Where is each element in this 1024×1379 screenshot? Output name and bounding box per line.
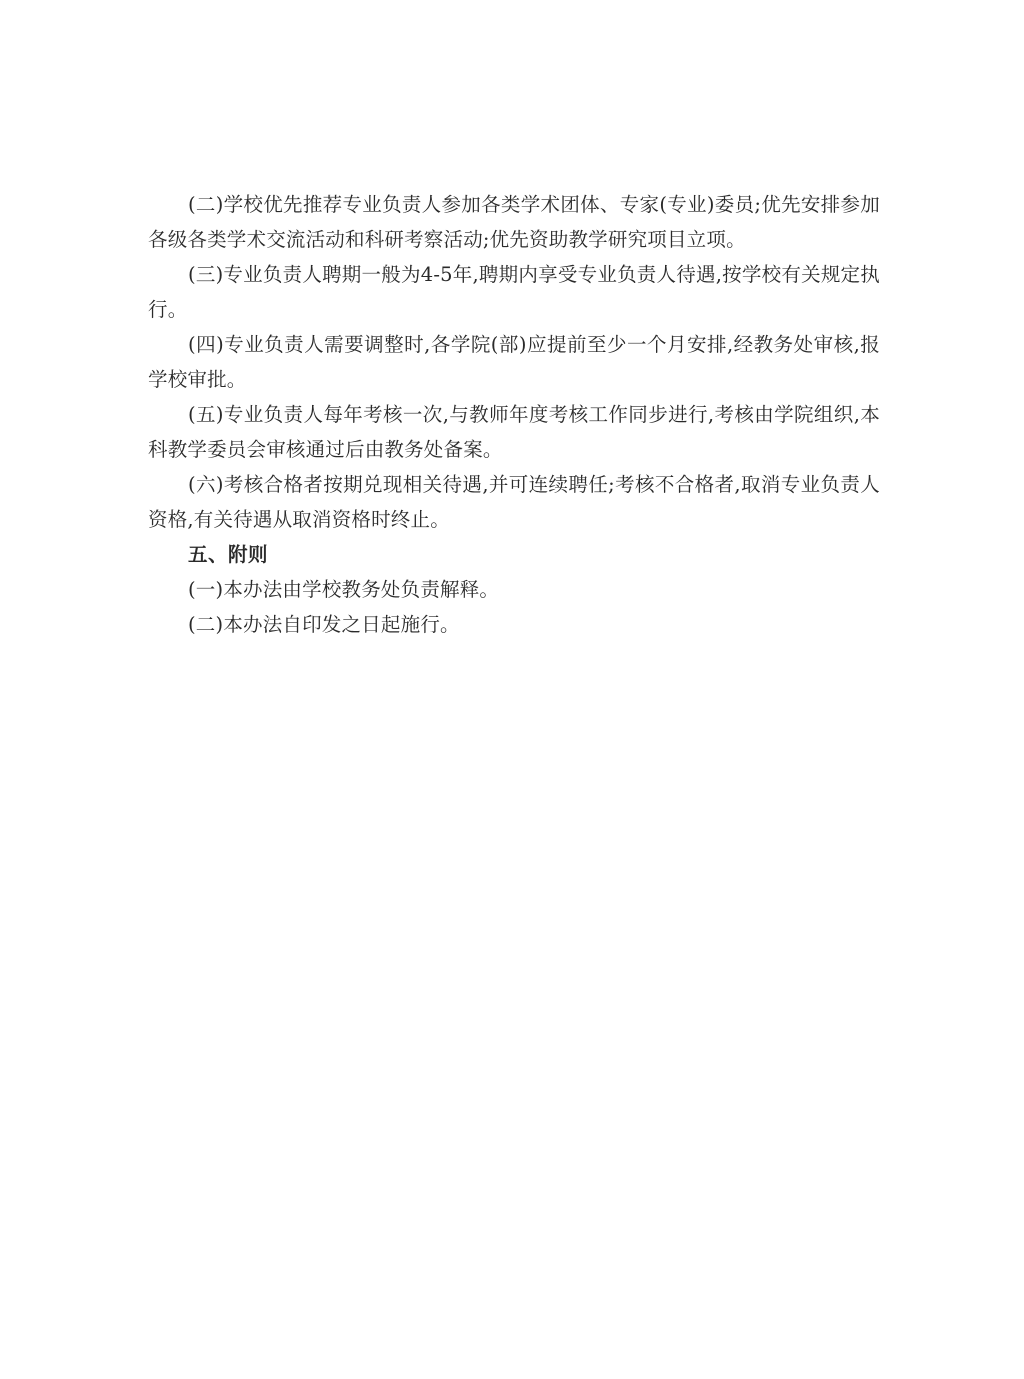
section-heading-supplementary: 五、附则 [148,537,880,572]
paragraph-benefits-recommendation: (二)学校优先推荐专业负责人参加各类学术团体、专家(专业)委员;优先安排参加各级… [148,187,880,257]
paragraph-appointment-term: (三)专业负责人聘期一般为4-5年,聘期内享受专业负责人待遇,按学校有关规定执行… [148,257,880,327]
paragraph-assessment-result: (六)考核合格者按期兑现相关待遇,并可连续聘任;考核不合格者,取消专业负责人资格… [148,467,880,537]
paragraph-effective-date: (二)本办法自印发之日起施行。 [148,607,880,642]
document-page: (二)学校优先推荐专业负责人参加各类学术团体、专家(专业)委员;优先安排参加各级… [148,187,880,642]
paragraph-annual-assessment: (五)专业负责人每年考核一次,与教师年度考核工作同步进行,考核由学院组织,本科教… [148,397,880,467]
paragraph-adjustment: (四)专业负责人需要调整时,各学院(部)应提前至少一个月安排,经教务处审核,报学… [148,327,880,397]
paragraph-interpretation: (一)本办法由学校教务处负责解释。 [148,572,880,607]
